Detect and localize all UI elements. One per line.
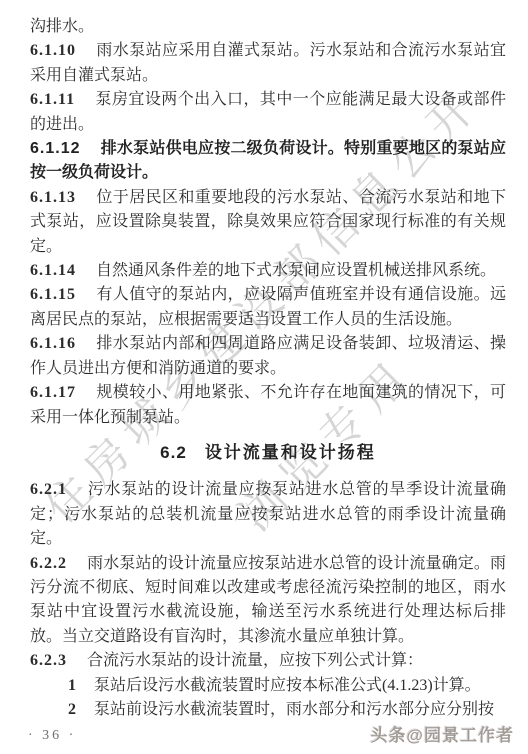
continuation-paragraph: 沟排水。 [30,15,506,39]
clause-number: 6.1.12 [30,140,80,157]
clause-number: 6.1.13 [30,189,76,206]
section-number: 6.2 [160,443,187,462]
clause-number: 6.1.15 [30,286,76,303]
paragraph-text: 沟排水。 [30,18,94,35]
clause-text: 合流污水泵站的设计流量，应按下列公式计算： [87,652,423,669]
clause-number: 6.1.14 [30,262,76,279]
clause-text: 位于居民区和重要地段的污水泵站、合流污水泵站和地下式泵站，应设置除臭装置，除臭效… [30,189,506,255]
document-page: 住房城乡建设部信息公开 浏览专用 沟排水。 6.1.10雨水泵站应采用自灌式泵站… [0,0,528,754]
list-item-2: 2泵站前设污水截流装置时，雨水部分和污水部分应分别按 [30,698,506,722]
clause-text: 有人值守的泵站内，应设隔声值班室并设有通信设施。远离居民点的泵站，应根据需要适当… [30,286,506,327]
list-item-text: 泵站后设污水截流装置时应按本标准公式(4.1.23)计算。 [94,677,481,694]
clause-6-1-15: 6.1.15有人值守的泵站内，应设隔声值班室并设有通信设施。远离居民点的泵站，应… [30,283,506,332]
clause-number: 6.2.3 [30,652,67,669]
list-item-1: 1泵站后设污水截流装置时应按本标准公式(4.1.23)计算。 [30,674,506,698]
clause-number: 6.1.17 [30,384,76,401]
clause-6-1-12: 6.1.12排水泵站供电应按二级负荷设计。特别重要地区的泵站应按一级负荷设计。 [30,137,506,186]
clause-6-2-1: 6.2.1污水泵站的设计流量应按泵站进水总管的旱季设计流量确定；污水泵站的总装机… [30,478,506,551]
clause-text: 雨水泵站的设计流量应按泵站进水总管的设计流量确定。雨污分流不彻底、短时间难以改建… [30,555,506,645]
list-item-text: 泵站前设污水截流装置时，雨水部分和污水部分应分别按 [94,701,494,718]
list-item-number: 1 [68,677,76,694]
clause-6-1-11: 6.1.11泵房宜设两个出入口，其中一个应能满足最大设备或部件的进出。 [30,88,506,137]
section-title: 设计流量和设计扬程 [205,443,376,462]
clause-text: 自然通风条件差的地下式水泵间应设置机械送排风系统。 [96,262,496,279]
clause-6-2-3: 6.2.3合流污水泵站的设计流量，应按下列公式计算： [30,649,506,673]
list-item-number: 2 [68,701,76,718]
clause-text: 规模较小、用地紧张、不允许存在地面建筑的情况下，可采用一体化预制泵站。 [30,384,506,425]
document-body: 沟排水。 6.1.10雨水泵站应采用自灌式泵站。污水泵站和合流污水泵站宜采用自灌… [0,0,528,722]
clause-text: 排水泵站内部和四周道路应满足设备装卸、垃圾清运、操作人员进出方便和消防通道的要求… [30,335,506,376]
clause-number: 6.2.1 [30,481,67,498]
clause-text: 泵房宜设两个出入口，其中一个应能满足最大设备或部件的进出。 [30,91,506,132]
clause-6-1-17: 6.1.17规模较小、用地紧张、不允许存在地面建筑的情况下，可采用一体化预制泵站… [30,381,506,430]
clause-6-1-14: 6.1.14自然通风条件差的地下式水泵间应设置机械送排风系统。 [30,259,506,283]
clause-text: 污水泵站的设计流量应按泵站进水总管的旱季设计流量确定；污水泵站的总装机流量应按泵… [30,481,506,547]
page-number: · 36 · [28,728,76,744]
clause-6-2-2: 6.2.2雨水泵站的设计流量应按泵站进水总管的设计流量确定。雨污分流不彻底、短时… [30,552,506,650]
clause-text: 雨水泵站应采用自灌式泵站。污水泵站和合流污水泵站宜采用自灌式泵站。 [30,42,506,83]
clause-6-1-16: 6.1.16排水泵站内部和四周道路应满足设备装卸、垃圾清运、操作人员进出方便和消… [30,332,506,381]
clause-number: 6.1.10 [30,42,76,59]
clause-number: 6.1.16 [30,335,76,352]
clause-6-1-10: 6.1.10雨水泵站应采用自灌式泵站。污水泵站和合流污水泵站宜采用自灌式泵站。 [30,39,506,88]
watermark-credit: 头条@园景工作者 [370,721,514,746]
clause-text: 排水泵站供电应按二级负荷设计。特别重要地区的泵站应按一级负荷设计。 [30,140,506,181]
section-heading-6-2: 6.2设计流量和设计扬程 [30,441,506,465]
clause-number: 6.1.11 [30,91,75,108]
clause-number: 6.2.2 [30,555,67,572]
clause-6-1-13: 6.1.13位于居民区和重要地段的污水泵站、合流污水泵站和地下式泵站，应设置除臭… [30,186,506,259]
